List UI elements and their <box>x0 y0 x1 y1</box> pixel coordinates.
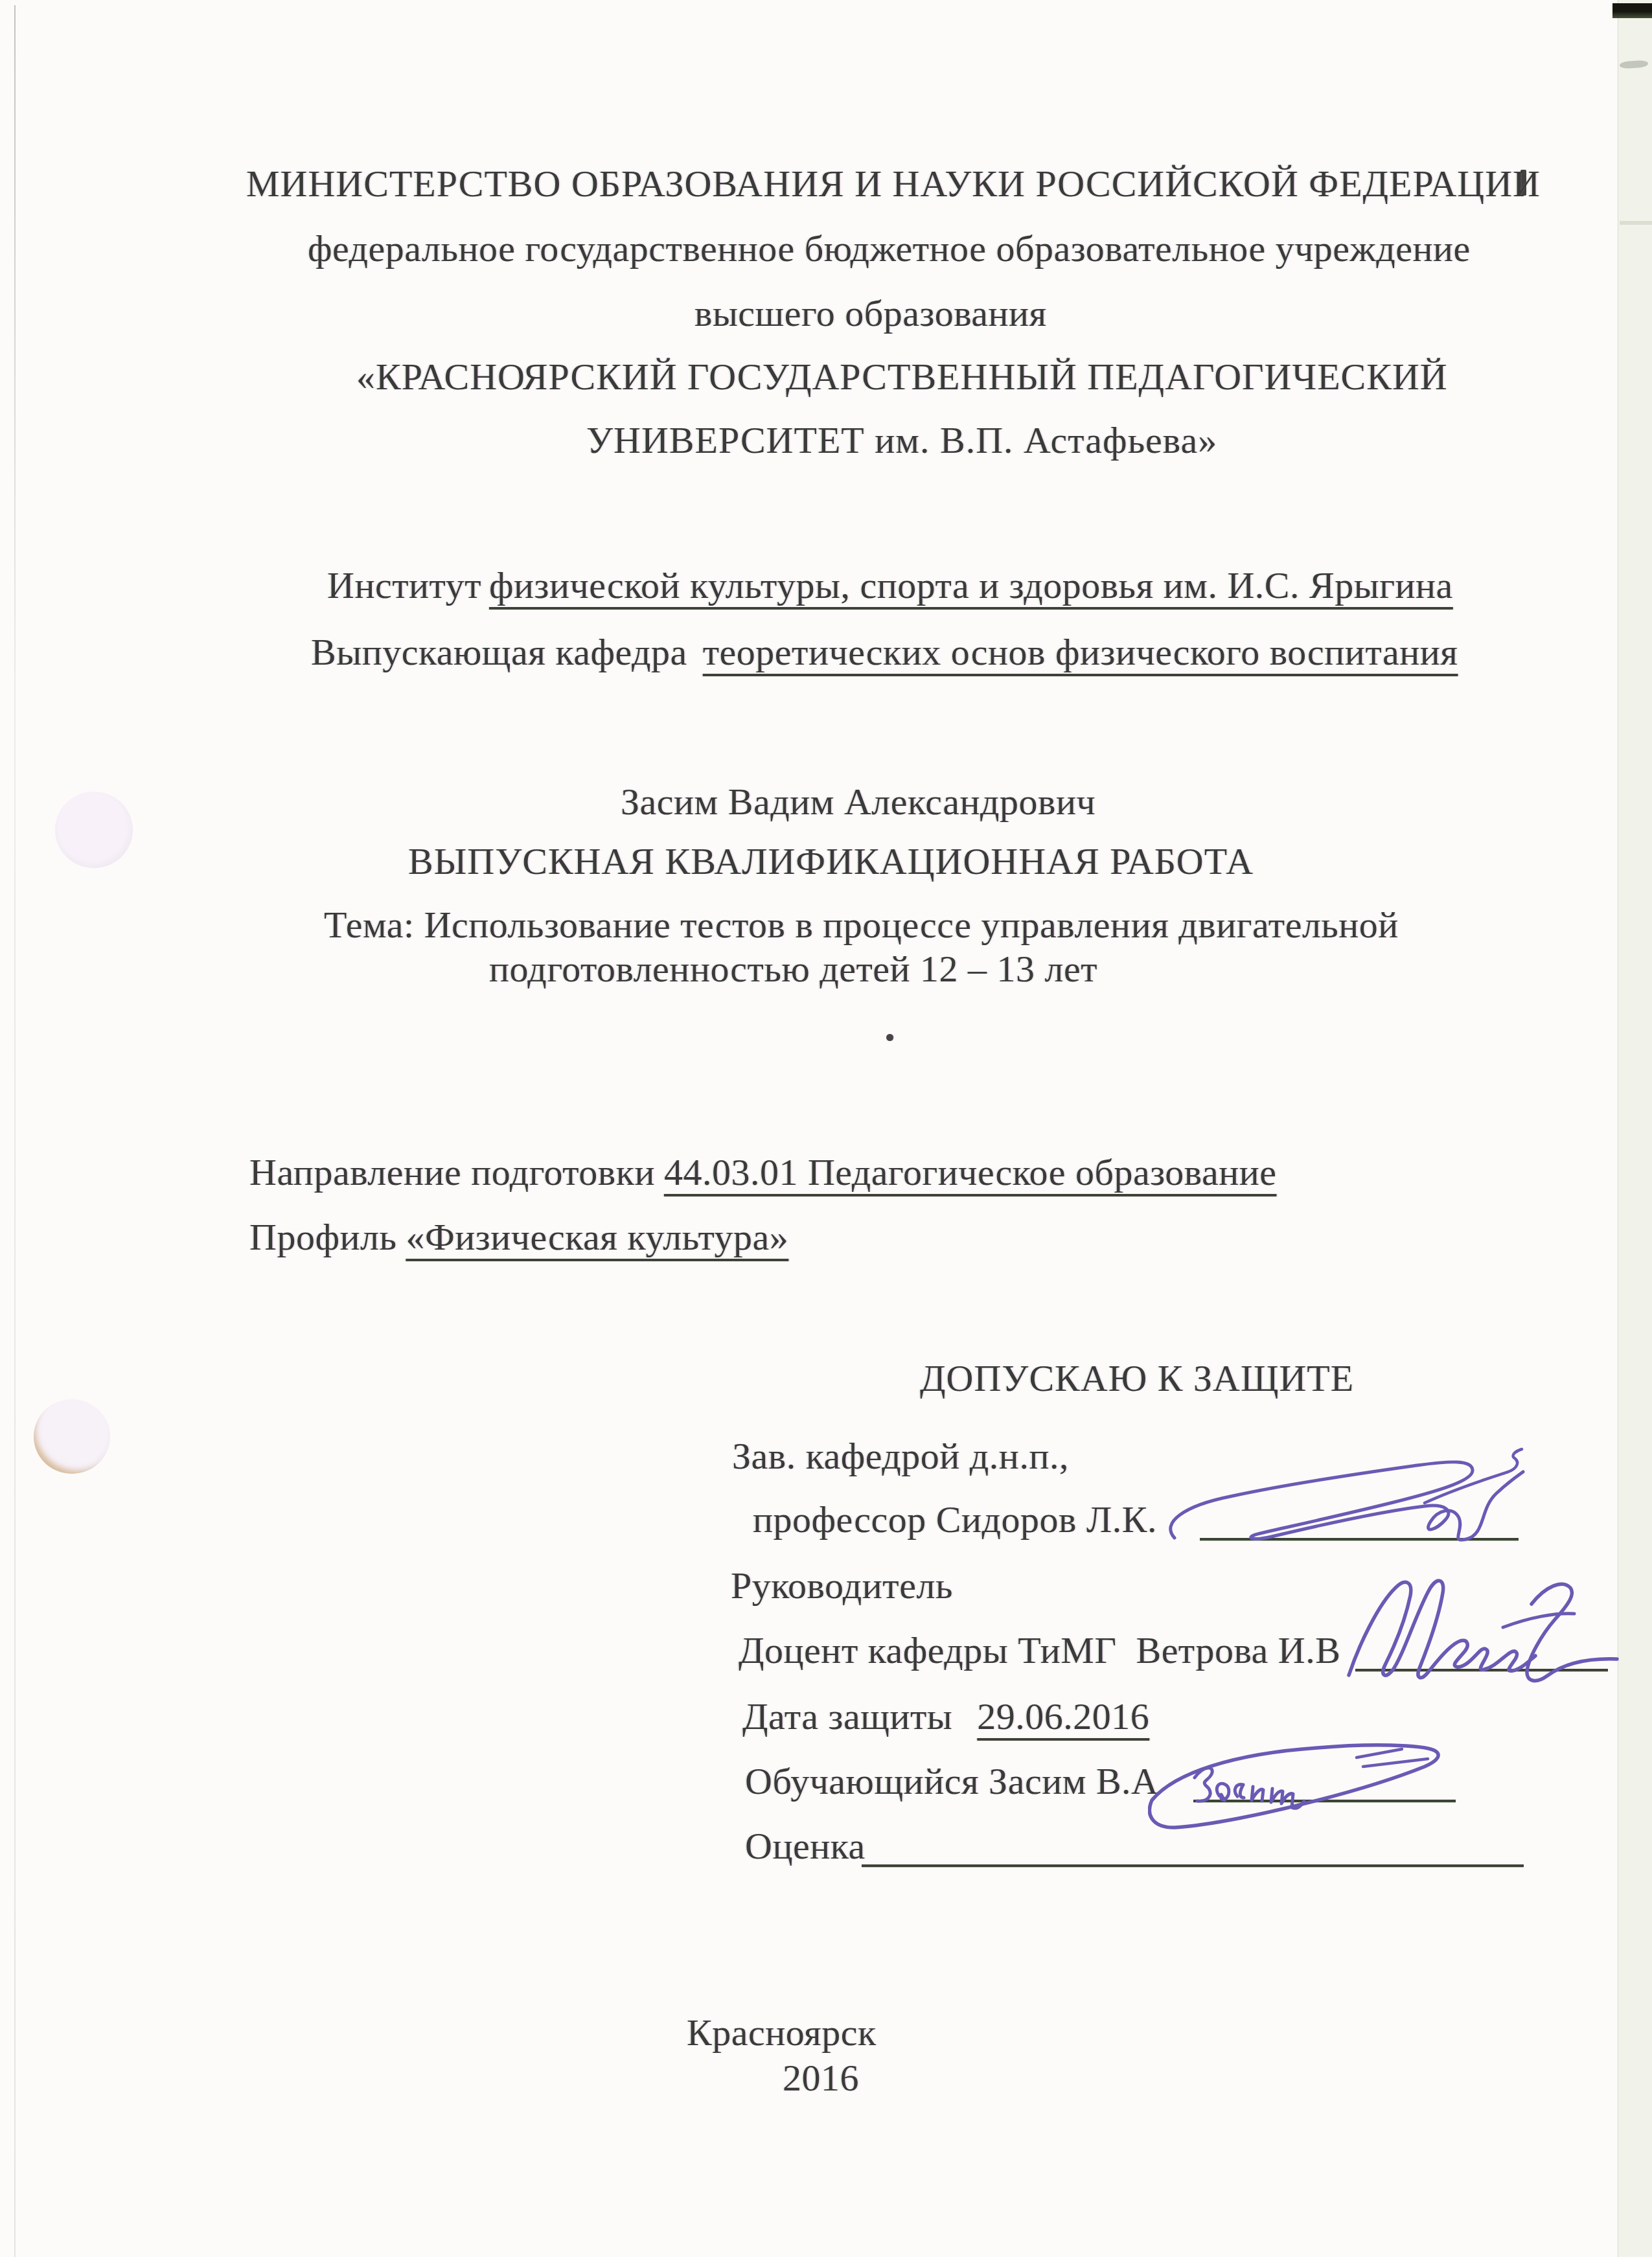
glue-spot <box>55 792 133 868</box>
institute-value: физической культуры, спорта и здоровья и… <box>489 564 1453 606</box>
topic-line1: Тема: Использование тестов в процессе уп… <box>324 904 1399 946</box>
defense-date-label: Дата защиты <box>742 1695 952 1737</box>
institute-line: Институтфизической культуры, спорта и зд… <box>327 565 1453 606</box>
direction-value: 44.03.01 Педагогическое образование <box>664 1151 1277 1193</box>
university-name-line2: УНИВЕРСИТЕТ им. В.П. Астафьева» <box>586 420 1217 461</box>
scan-smudge <box>1620 221 1652 225</box>
work-type-title: ВЫПУСКНАЯ КВАЛИФИКАЦИОННАЯ РАБОТА <box>408 841 1254 882</box>
department-head-line1: Зав. кафедрой д.н.п., <box>732 1436 1069 1477</box>
direction-line: Направление подготовки44.03.01 Педагогич… <box>249 1152 1277 1193</box>
supervisor-line: Доцент кафедры ТиМГ Ветрова И.В <box>739 1630 1340 1671</box>
signature-rule-supervisor <box>1355 1669 1608 1671</box>
department-label: Выпускающая кафедра <box>311 631 687 673</box>
profile-value: «Физическая культура» <box>406 1216 788 1258</box>
ministry-line: МИНИСТЕРСТВО ОБРАЗОВАНИЯ И НАУКИ РОССИЙС… <box>246 163 1541 205</box>
department-head-line2: профессор Сидоров Л.К. <box>753 1499 1157 1541</box>
student-line: Обучающийся Засим В.А <box>745 1761 1158 1802</box>
founder-line: федеральное государственное бюджетное об… <box>308 228 1471 269</box>
grade-rule <box>862 1864 1524 1867</box>
supervisor-heading: Руководитель <box>731 1565 953 1607</box>
education-level-line: высшего образования <box>694 293 1047 334</box>
scanner-background-strip <box>1618 0 1652 2268</box>
institute-label: Институт <box>327 564 481 606</box>
year-line: 2016 <box>783 2057 859 2099</box>
author-name: Засим Вадим Александрович <box>621 781 1096 823</box>
glue-spot <box>34 1399 110 1474</box>
scan-bottom-edge <box>0 2257 1652 2268</box>
defense-date-line: Дата защиты29.06.2016 <box>742 1696 1149 1737</box>
defense-date-value: 29.06.2016 <box>977 1695 1149 1737</box>
university-name-line1: «КРАСНОЯРСКИЙ ГОСУДАРСТВЕННЫЙ ПЕДАГОГИЧЕ… <box>356 356 1448 398</box>
grade-label: Оценка <box>745 1826 866 1867</box>
signature-student <box>1148 1737 1452 1838</box>
profile-line: Профиль«Физическая культура» <box>249 1217 788 1258</box>
department-line: Выпускающая кафедратеоретических основ ф… <box>311 632 1458 673</box>
department-value: теоретических основ физического воспитан… <box>703 631 1458 673</box>
approval-heading: ДОПУСКАЮ К ЗАЩИТЕ <box>920 1358 1354 1399</box>
signature-rule-department-head <box>1200 1538 1519 1541</box>
scan-artifact-dark-bar <box>1612 3 1652 18</box>
topic-line2: подготовленностью детей 12 – 13 лет <box>489 948 1097 990</box>
scanned-thesis-title-page: МИНИСТЕРСТВО ОБРАЗОВАНИЯ И НАУКИ РОССИЙС… <box>0 0 1652 2268</box>
city-line: Красноярск <box>687 2012 877 2054</box>
paper-crease-line <box>14 5 16 2268</box>
signature-rule-student <box>1193 1800 1456 1802</box>
direction-label: Направление подготовки <box>249 1151 655 1193</box>
profile-label: Профиль <box>249 1216 396 1258</box>
signature-supervisor <box>1340 1566 1638 1696</box>
stray-ink-dot <box>886 1034 893 1041</box>
